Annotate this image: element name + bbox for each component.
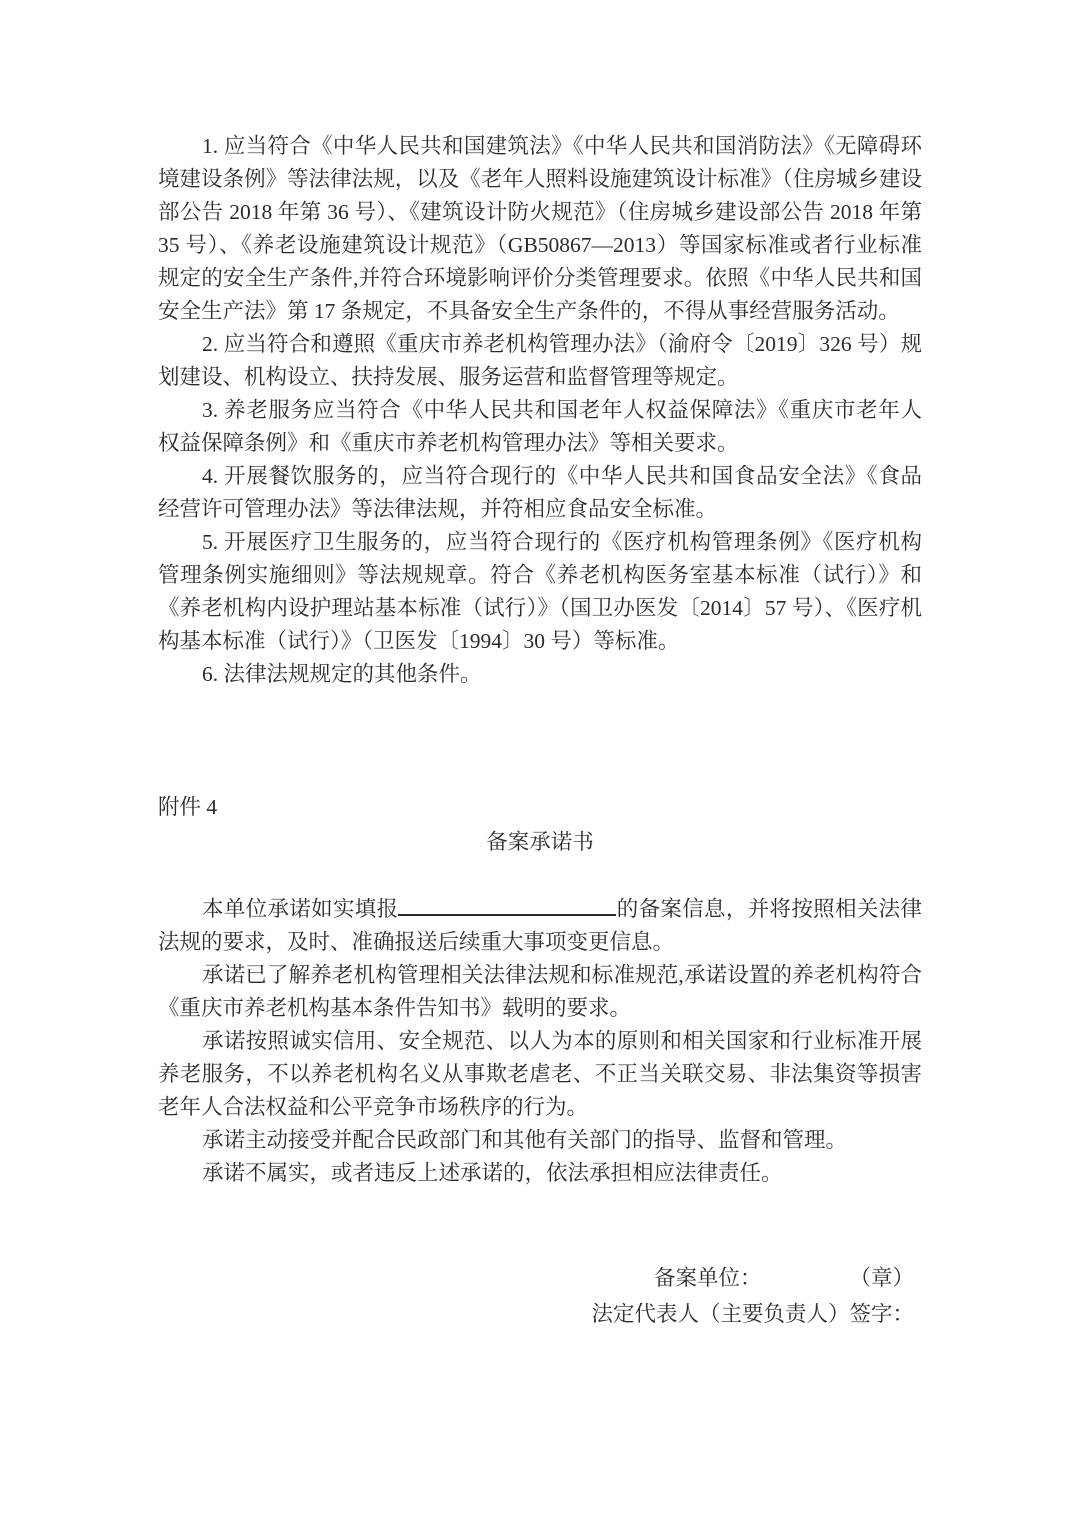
- commitment-paragraph-2: 承诺按照诚实信用、安全规范、以人为本的原则和相关国家和行业标准开展养老服务，不以…: [158, 1025, 922, 1124]
- fill-in-blank-line: [398, 894, 616, 916]
- seal-label: （章）: [849, 1266, 914, 1290]
- attachment-section: 附件 4 备案承诺书 本单位承诺如实填报的备案信息，并将按照相关法律法规的要求，…: [158, 791, 922, 1332]
- condition-item-4: 4. 开展餐饮服务的，应当符合现行的《中华人民共和国食品安全法》《食品经营许可管…: [158, 460, 922, 526]
- commitment-paragraph-fill: 本单位承诺如实填报的备案信息，并将按照相关法律法规的要求，及时、准确报送后续重大…: [158, 893, 922, 959]
- signature-line-signer: 法定代表人（主要负责人）签字：: [158, 1296, 914, 1332]
- condition-item-6: 6. 法律法规规定的其他条件。: [158, 658, 922, 691]
- condition-item-3: 3. 养老服务应当符合《中华人民共和国老年人权益保障法》《重庆市老年人权益保障条…: [158, 394, 922, 460]
- document-title: 备案承诺书: [158, 826, 922, 859]
- fill-prefix-text: 本单位承诺如实填报: [202, 897, 398, 921]
- signature-block: 备案单位：（章） 法定代表人（主要负责人）签字：: [158, 1260, 922, 1332]
- condition-item-5: 5. 开展医疗卫生服务的，应当符合现行的《医疗机构管理条例》《医疗机构管理条例实…: [158, 526, 922, 658]
- condition-item-1: 1. 应当符合《中华人民共和国建筑法》《中华人民共和国消防法》《无障碍环境建设条…: [158, 130, 922, 328]
- conditions-section: 1. 应当符合《中华人民共和国建筑法》《中华人民共和国消防法》《无障碍环境建设条…: [158, 130, 922, 691]
- commitment-paragraph-3: 承诺主动接受并配合民政部门和其他有关部门的指导、监督和管理。: [158, 1124, 922, 1157]
- attachment-label: 附件 4: [158, 791, 922, 824]
- commitment-paragraph-1: 承诺已了解养老机构管理相关法律法规和标准规范,承诺设置的养老机构符合《重庆市养老…: [158, 959, 922, 1025]
- document-page: 1. 应当符合《中华人民共和国建筑法》《中华人民共和国消防法》《无障碍环境建设条…: [0, 0, 1074, 1520]
- condition-item-2: 2. 应当符合和遵照《重庆市养老机构管理办法》（渝府令〔2019〕326 号）规…: [158, 328, 922, 394]
- commitment-paragraph-4: 承诺不属实，或者违反上述承诺的，依法承担相应法律责任。: [158, 1157, 922, 1190]
- signature-line-unit: 备案单位：（章）: [158, 1260, 914, 1296]
- record-unit-label: 备案单位：: [654, 1266, 762, 1290]
